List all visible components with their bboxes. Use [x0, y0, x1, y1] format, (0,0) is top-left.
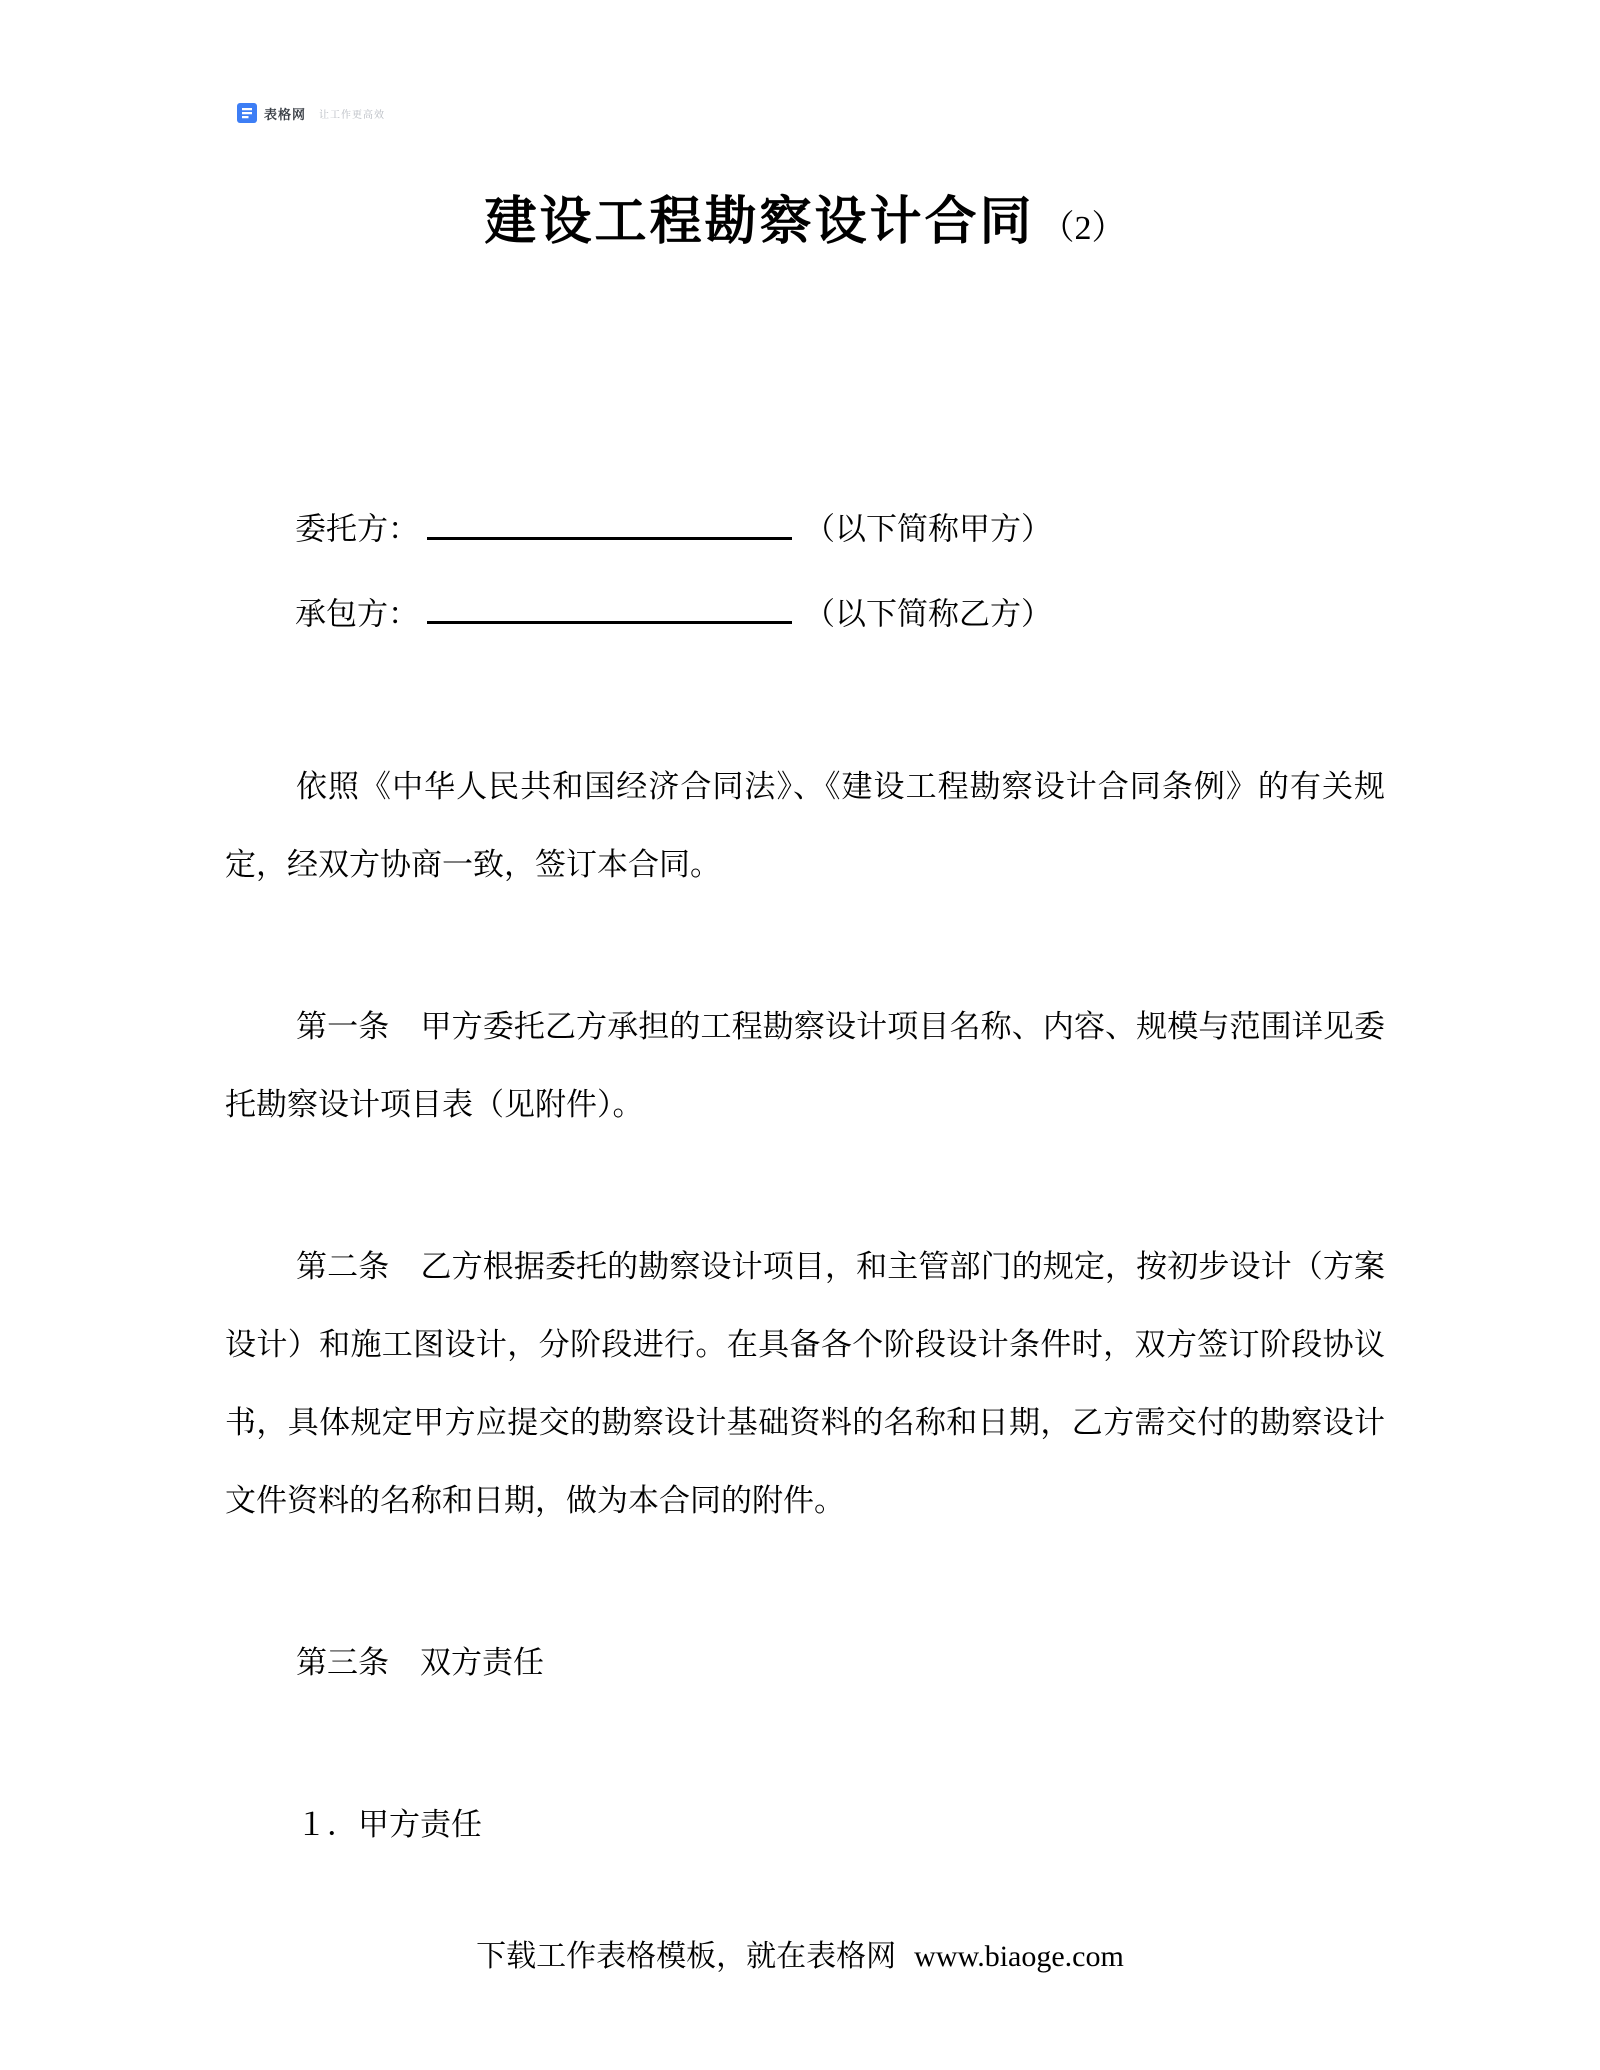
- party-line-contractor: 承包方：（以下简称乙方）: [295, 592, 1385, 633]
- document-title-number: （2）: [1041, 210, 1126, 247]
- brand-watermark: 表格网 让工作更高效: [237, 103, 385, 123]
- blank-fill-line-client: [427, 507, 792, 540]
- document-title-text: 建设工程勘察设计合同: [484, 193, 1034, 251]
- paragraph-article-1: 第一条 甲方委托乙方承担的工程勘察设计项目名称、内容、规模与范围详见委托勘察设计…: [225, 988, 1385, 1144]
- paragraph-item-1-party-a-duty: １．甲方责任: [225, 1786, 1385, 1864]
- party-suffix-contractor: （以下简称乙方）: [804, 596, 1052, 631]
- document-title: 建设工程勘察设计合同（2）: [225, 0, 1385, 259]
- party-suffix-client: （以下简称甲方）: [804, 512, 1052, 547]
- biaoge-logo-icon: [237, 103, 257, 123]
- party-line-client: 委托方：（以下简称甲方）: [295, 507, 1385, 548]
- document-page: 表格网 让工作更高效 建设工程勘察设计合同（2） 委托方：（以下简称甲方） 承包…: [0, 0, 1600, 2070]
- brand-tagline: 让工作更高效: [319, 106, 385, 121]
- paragraph-article-3-heading: 第三条 双方责任: [225, 1624, 1385, 1702]
- party-label-contractor: 承包方：: [295, 596, 419, 631]
- paragraph-preamble: 依照《中华人民共和国经济合同法》、《建设工程勘察设计合同条例》的有关规定，经双方…: [225, 748, 1385, 904]
- party-section: 委托方：（以下简称甲方） 承包方：（以下简称乙方）: [295, 507, 1385, 632]
- footer-url: www.biaoge.com: [914, 1940, 1124, 1973]
- brand-name: 表格网: [264, 104, 306, 123]
- footer-slogan: 下载工作表格模板，就在表格网: [476, 1940, 896, 1973]
- party-label-client: 委托方：: [295, 512, 419, 547]
- paragraph-article-2: 第二条 乙方根据委托的勘察设计项目，和主管部门的规定，按初步设计（方案设计）和施…: [225, 1228, 1385, 1540]
- blank-fill-line-contractor: [427, 592, 792, 625]
- page-footer: 下载工作表格模板，就在表格网www.biaoge.com: [0, 1938, 1600, 1976]
